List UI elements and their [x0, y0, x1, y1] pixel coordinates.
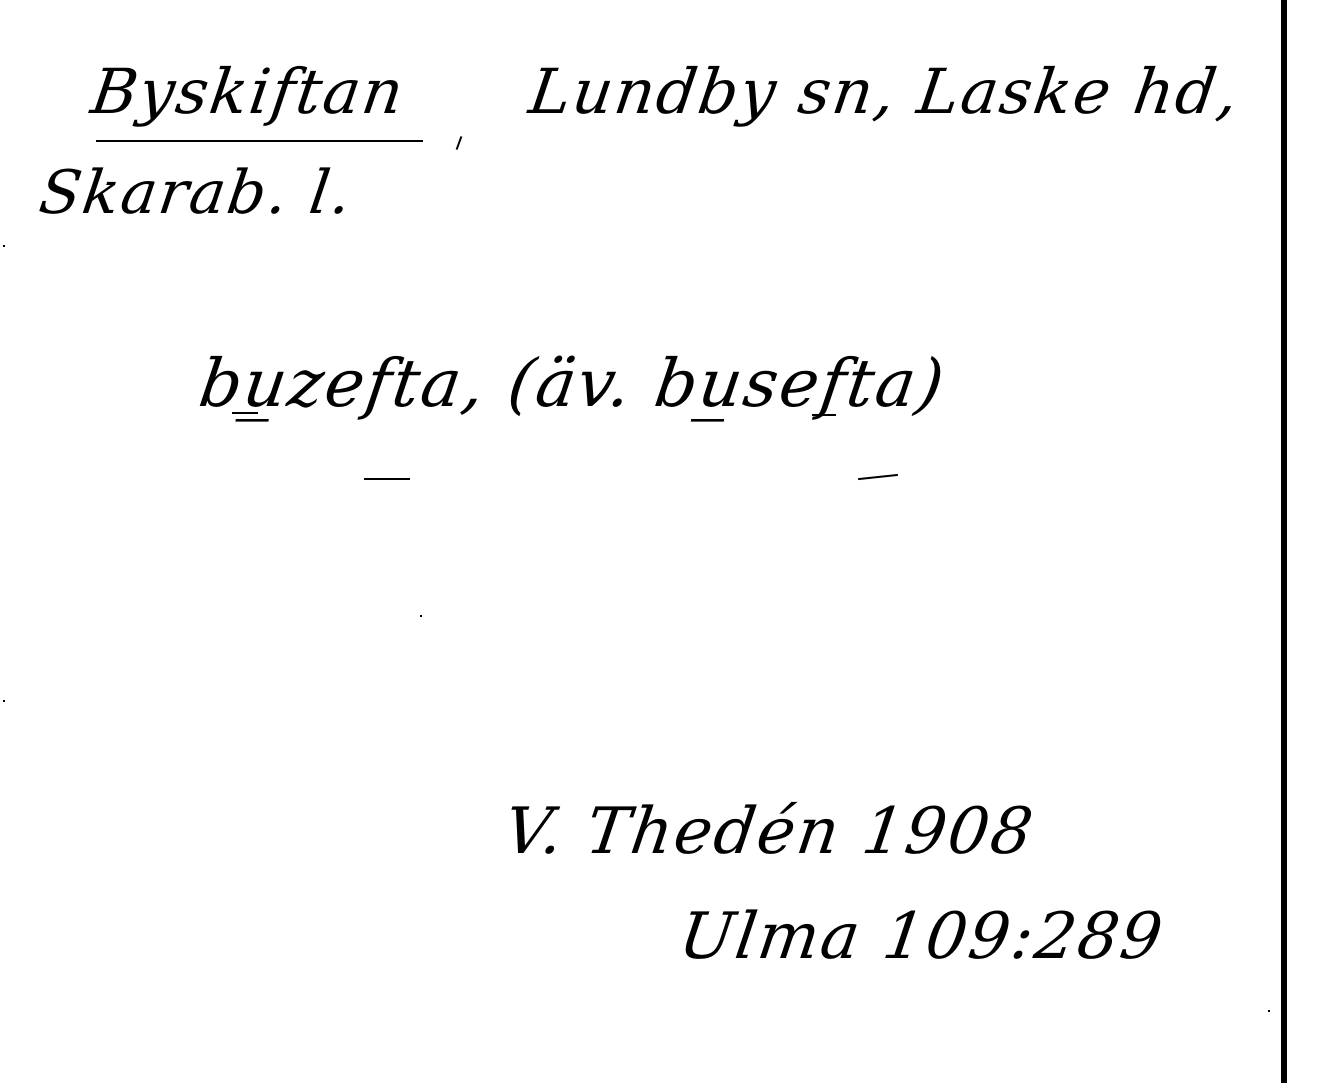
scan-speck	[1268, 1010, 1270, 1012]
comma-mark	[456, 136, 463, 150]
county-text: Skarab. l.	[35, 158, 357, 228]
card-edge-border	[1281, 0, 1287, 1083]
scan-speck	[3, 700, 5, 702]
archive-reference: Ulma 109:289	[675, 900, 1169, 974]
scan-speck	[420, 615, 422, 617]
archive-card: Byskiftan Lundby sn, Laske hd, Skarab. l…	[0, 0, 1334, 1083]
consonant-mark	[858, 474, 898, 480]
headword: Byskiftan	[87, 55, 410, 128]
consonant-mark	[364, 478, 410, 480]
pronunciation-text: bu̲zefta, (äv. bu̲sefta)	[195, 345, 951, 422]
location-text: Lundby sn, Laske hd,	[525, 55, 1245, 128]
recorder-signature: V. Thedén 1908	[500, 795, 1039, 869]
headword-underline	[96, 140, 423, 142]
vowel-length-mark	[232, 412, 258, 414]
scan-speck	[3, 245, 5, 247]
vowel-length-mark	[812, 414, 836, 416]
